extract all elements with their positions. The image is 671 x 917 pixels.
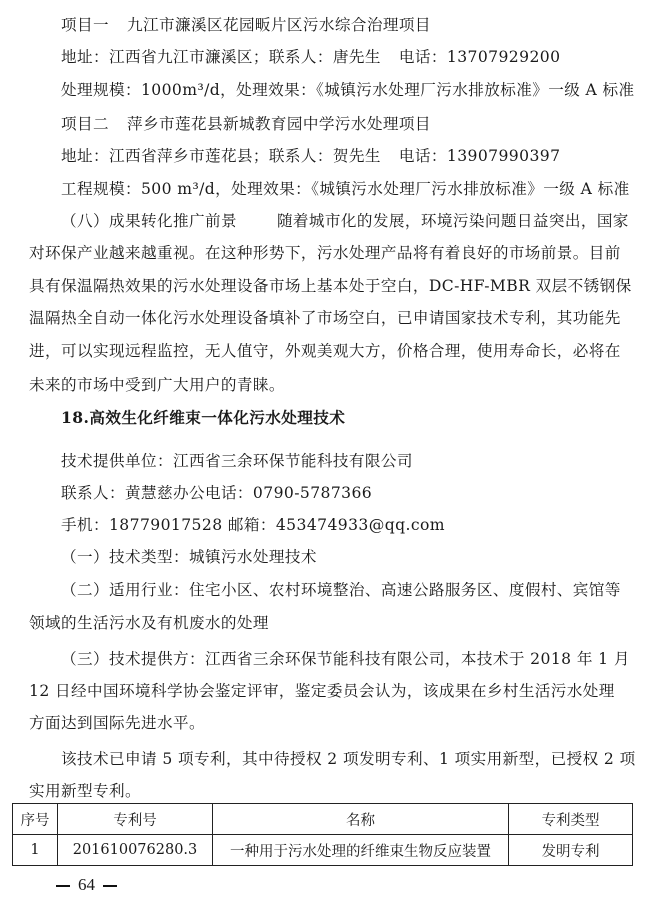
industry-line-1: （二）适用行业：住宅小区、农村环境整治、高速公路服务区、度假村、宾馆等: [61, 580, 612, 600]
project2-address: 地址：江西省萍乡市莲花县；联系人：贺先生: [61, 147, 381, 165]
cell-index: 1: [13, 835, 58, 866]
header-patent-number: 专利号: [58, 804, 213, 835]
cell-patent-number: 201610076280.3: [58, 835, 213, 866]
header-patent-type: 专利类型: [509, 804, 633, 835]
table-header-row: 序号 专利号 名称 专利类型: [13, 804, 633, 835]
project2-phone: 电话：13907990397: [399, 147, 561, 165]
supplier-line-1: （三）技术提供方：江西省三余环保节能科技有限公司，本技术于 2018 年 1 月: [61, 649, 612, 669]
cell-patent-type: 发明专利: [509, 835, 633, 866]
tech-provider: 技术提供单位：江西省三余环保节能科技有限公司: [61, 451, 651, 471]
prospects-line-4: 温隔热全自动一体化污水处理设备填补了市场空白，已申请国家技术专利，其功能先: [29, 308, 612, 328]
project1-address-line: 地址：江西省九江市濂溪区；联系人：唐先生电话：13707929200: [61, 47, 651, 67]
patent-line-2: 实用新型专利。: [29, 781, 619, 801]
prospects-line-5: 进，可以实现远程监控，无人值守，外观美观大方，价格合理，使用寿命长，必将在: [29, 341, 612, 361]
header-index: 序号: [13, 804, 58, 835]
contact-info: 联系人：黄慧慈办公电话：0790-5787366: [61, 483, 651, 503]
project1-scale: 处理规模：1000m³/d，处理效果：《城镇污水处理厂污水排放标准》一级 A 标…: [61, 80, 651, 100]
patent-table: 序号 专利号 名称 专利类型 1 201610076280.3 一种用于污水处理…: [12, 803, 633, 866]
header-name: 名称: [213, 804, 509, 835]
project1-phone: 电话：13707929200: [399, 48, 561, 66]
prospects-text-1: 随着城市化的发展，环境污染问题日益突出，国家: [277, 212, 629, 230]
prospects-line-3: 具有保温隔热效果的污水处理设备市场上基本处于空白，DC-HF-MBR 双层不锈钢…: [29, 276, 612, 296]
prospects-line-2: 对环保产业越来越重视。在这种形势下，污水处理产品将有着良好的市场前景。目前: [29, 243, 612, 263]
industry-line-2: 领域的生活污水及有机废水的处理: [29, 613, 619, 633]
supplier-line-2: 12 日经中国环境科学协会鉴定评审，鉴定委员会认为，该成果在乡村生活污水处理: [29, 681, 612, 701]
dash-left-icon: [56, 885, 70, 887]
project2-title-line: 项目二萍乡市莲花县新城教育园中学污水处理项目: [61, 114, 651, 134]
tech-type: （一）技术类型：城镇污水处理技术: [61, 547, 651, 567]
cell-name: 一种用于污水处理的纤维束生物反应装置: [213, 835, 509, 866]
project2-title: 萍乡市莲花县新城教育园中学污水处理项目: [127, 115, 431, 133]
project1-label: 项目一: [61, 16, 109, 34]
supplier-line-3: 方面达到国际先进水平。: [29, 713, 619, 733]
project2-label: 项目二: [61, 115, 109, 133]
page-number: 64: [48, 874, 125, 896]
project1-title-line: 项目一九江市濂溪区花园畈片区污水综合治理项目: [61, 15, 651, 35]
prospects-line-1: （八）成果转化推广前景随着城市化的发展，环境污染问题日益突出，国家: [61, 211, 612, 231]
section-heading: 18.高效生化纤维束一体化污水处理技术: [61, 408, 651, 428]
prospects-line-6: 未来的市场中受到广大用户的青睐。: [29, 375, 619, 395]
patent-line-1: 该技术已申请 5 项专利，其中待授权 2 项发明专利、1 项实用新型，已授权 2…: [61, 749, 612, 769]
dash-right-icon: [103, 885, 117, 887]
page-number-value: 64: [78, 875, 95, 894]
project2-scale: 工程规模：500 m³/d，处理效果：《城镇污水处理厂污水排放标准》一级 A 标…: [61, 179, 651, 199]
project1-address: 地址：江西省九江市濂溪区；联系人：唐先生: [61, 48, 381, 66]
prospects-label: （八）成果转化推广前景: [61, 212, 237, 230]
project2-address-line: 地址：江西省萍乡市莲花县；联系人：贺先生电话：13907990397: [61, 146, 651, 166]
document-page: 项目一九江市濂溪区花园畈片区污水综合治理项目 地址：江西省九江市濂溪区；联系人：…: [0, 0, 671, 917]
mobile-email: 手机：18779017528 邮箱：453474933@qq.com: [61, 515, 651, 535]
table-row: 1 201610076280.3 一种用于污水处理的纤维束生物反应装置 发明专利: [13, 835, 633, 866]
project1-title: 九江市濂溪区花园畈片区污水综合治理项目: [127, 16, 431, 34]
